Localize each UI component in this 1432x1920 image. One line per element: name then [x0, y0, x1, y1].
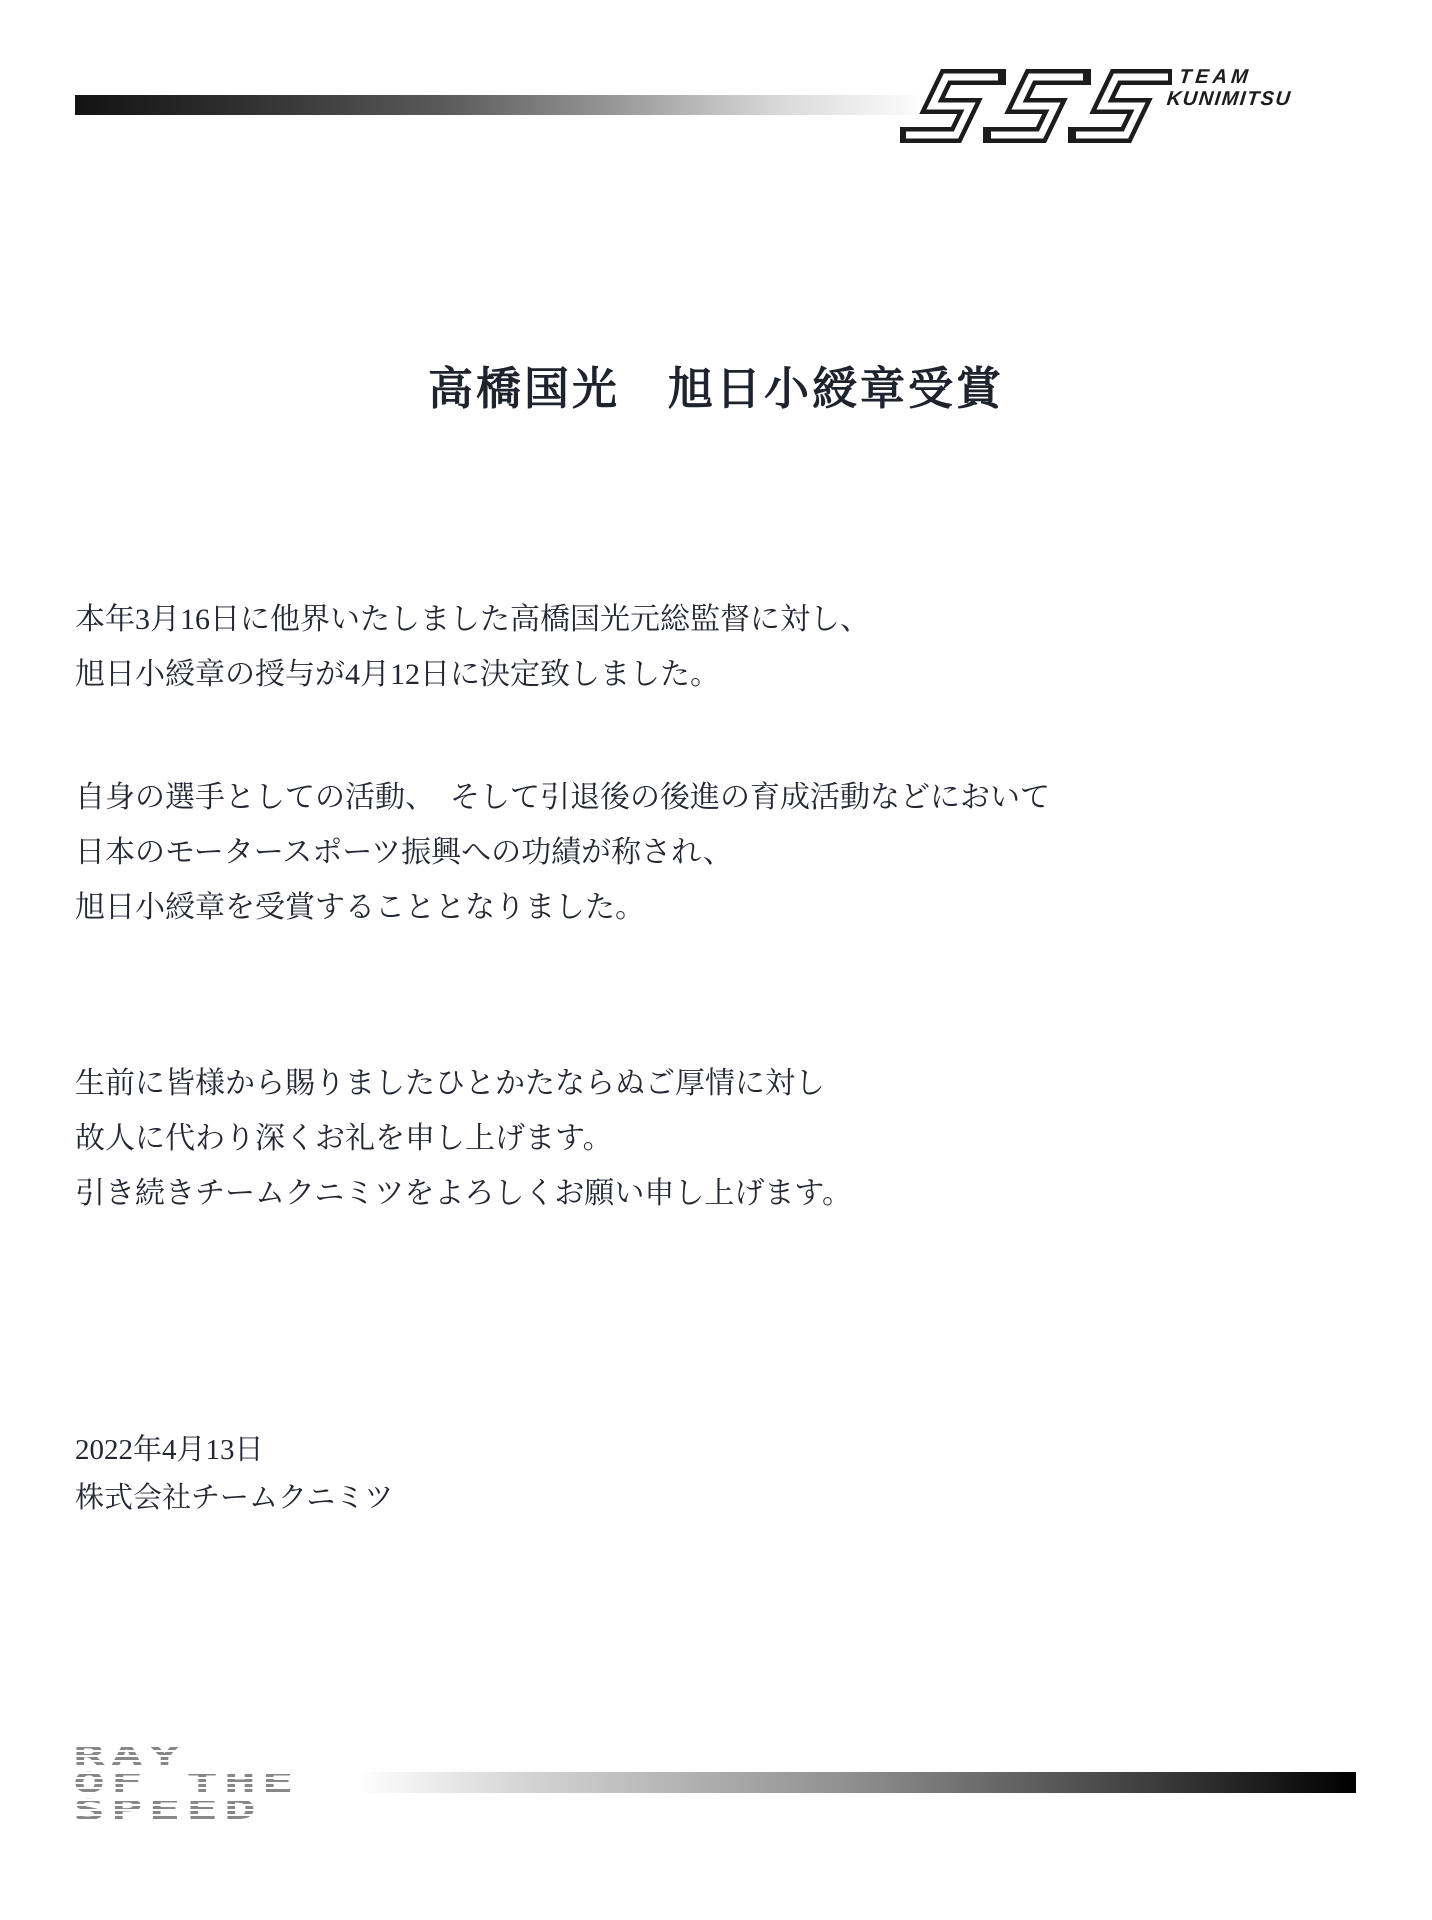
paragraph-line: 本年3月16日に他界いたしました高橋国光元総監督に対し、: [75, 592, 870, 647]
paragraph-gratitude: 生前に皆様から賜りましたひとかたならぬご厚情に対し 故人に代わり深くお礼を申し上…: [75, 1056, 852, 1221]
paragraph-achievement: 自身の選手としての活動、 そして引退後の後進の育成活動などにおいて 日本のモータ…: [75, 770, 1050, 935]
paragraph-line: 日本のモータースポーツ振興への功績が称され、: [75, 825, 1050, 880]
logo-text-team: TEAM: [1168, 66, 1295, 88]
signature-company: 株式会社チームクニミツ: [75, 1473, 393, 1523]
paragraph-line: 自身の選手としての活動、 そして引退後の後進の育成活動などにおいて: [75, 770, 1050, 825]
ray-logo-line: RAY: [73, 1742, 299, 1769]
page-title: 高橋国光 旭日小綬章受賞: [0, 352, 1432, 417]
top-gradient-bar: [75, 95, 955, 115]
paragraph-line: 旭日小綬章を受賞することとなりました。: [75, 880, 1050, 935]
bottom-gradient-bar: [356, 1772, 1356, 1793]
logo-text-kunimitsu: KUNIMITSU: [1166, 88, 1293, 110]
document-page: TEAM KUNIMITSU 高橋国光 旭日小綬章受賞 本年3月16日に他界いた…: [0, 0, 1432, 1920]
paragraph-line: 生前に皆様から賜りましたひとかたならぬご厚情に対し: [75, 1056, 852, 1111]
ray-logo-line: OF THE: [73, 1769, 299, 1796]
ray-logo-line: SPEED: [73, 1796, 299, 1823]
paragraph-line: 故人に代わり深くお礼を申し上げます。: [75, 1111, 852, 1166]
team-kunimitsu-logo-icon: [900, 69, 1172, 151]
ray-of-the-speed-logo: RAY OF THE SPEED: [73, 1742, 192, 1823]
paragraph-announcement: 本年3月16日に他界いたしました高橋国光元総監督に対し、 旭日小綬章の授与が4月…: [75, 592, 870, 702]
team-kunimitsu-logo-text: TEAM KUNIMITSU: [1166, 66, 1295, 110]
signature-date: 2022年4月13日: [75, 1425, 264, 1475]
paragraph-line: 引き続きチームクニミツをよろしくお願い申し上げます。: [75, 1166, 852, 1221]
team-kunimitsu-logo: TEAM KUNIMITSU: [900, 56, 1365, 151]
paragraph-line: 旭日小綬章の授与が4月12日に決定致しました。: [75, 647, 870, 702]
